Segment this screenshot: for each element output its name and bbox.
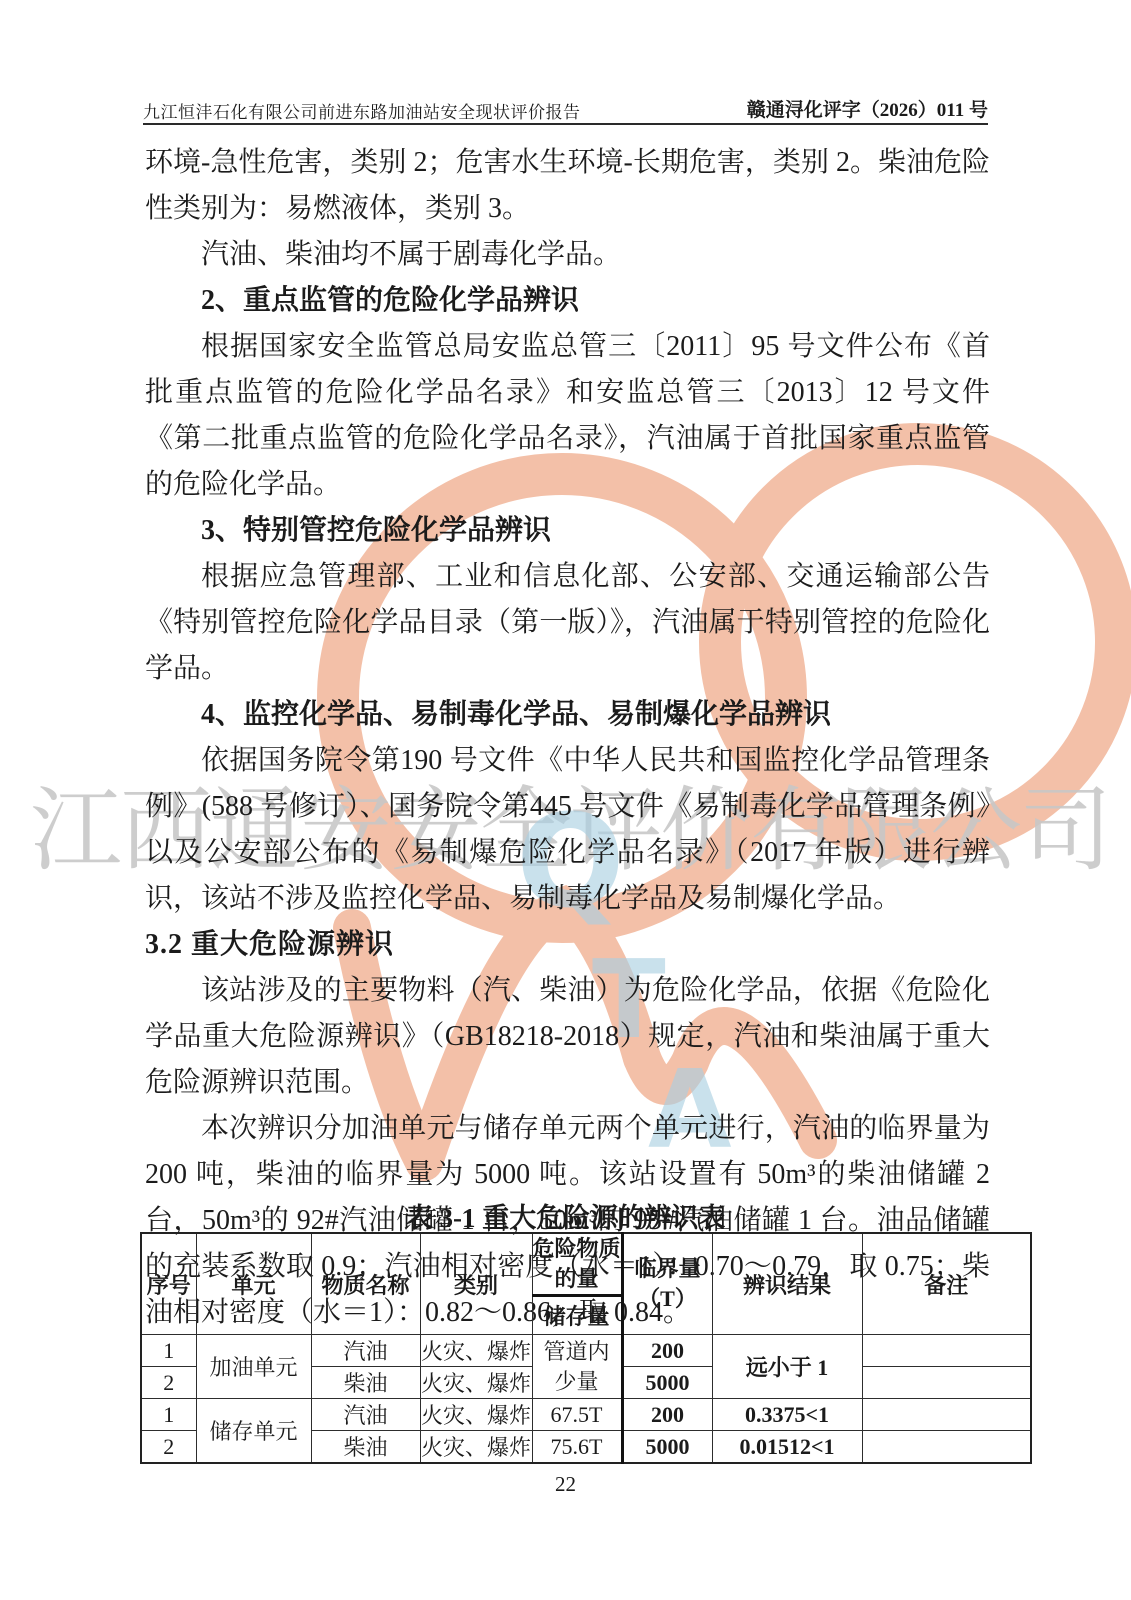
cell-storage-line1: 管道内	[533, 1337, 621, 1367]
page-number: 22	[0, 1472, 1131, 1497]
paragraph-monitored-chemicals: 依据国务院令第190 号文件《中华人民共和国监控化学品管理条例》(588 号修订…	[145, 738, 990, 922]
document-page: 江西通安安全评价有限公司 Q T A 九江恒沣石化有限公司前进东路加油站安全现状…	[0, 0, 1131, 1600]
col-header-result: 辨识结果	[712, 1233, 862, 1335]
col-header-critical-line2: （T）	[624, 1284, 712, 1314]
header-report-title: 九江恒沣石化有限公司前进东路加油站安全现状评价报告	[143, 98, 581, 123]
cell-remark	[862, 1399, 1031, 1431]
cell-material: 汽油	[311, 1335, 420, 1367]
section-heading-3-2: 3.2 重大危险源辨识	[145, 922, 990, 968]
body-text: 环境-急性危害，类别 2；危害水生环境-长期危害，类别 2。柴油危险性类别为：易…	[145, 140, 990, 1336]
col-header-unit: 单元	[196, 1233, 311, 1335]
col-header-storage-quantity: 储存量	[532, 1296, 622, 1335]
heading-monitored-chemicals: 4、监控化学品、易制毒化学品、易制爆化学品辨识	[145, 692, 990, 738]
cell-result-merged: 远小于 1	[712, 1335, 862, 1399]
table-caption: 表 3-1 重大危险源的辨识表	[0, 1196, 1131, 1235]
cell-remark	[862, 1367, 1031, 1399]
cell-critical: 5000	[622, 1367, 712, 1399]
cell-storage-pipeline: 管道内 少量	[532, 1335, 622, 1399]
cell-critical: 200	[622, 1335, 712, 1367]
paragraph-not-toxic: 汽油、柴油均不属于剧毒化学品。	[145, 232, 990, 278]
col-header-category: 类别	[420, 1233, 532, 1335]
col-header-critical-line1: 临界量	[624, 1254, 712, 1284]
cell-unit-refueling: 加油单元	[196, 1335, 311, 1399]
cell-result: 0.3375<1	[712, 1399, 862, 1431]
cell-material: 柴油	[311, 1367, 420, 1399]
heading-key-supervision: 2、重点监管的危险化学品辨识	[145, 278, 990, 324]
col-header-remark: 备注	[862, 1233, 1031, 1335]
cell-critical: 200	[622, 1399, 712, 1431]
cell-category: 火灾、爆炸	[420, 1431, 532, 1464]
cell-remark	[862, 1335, 1031, 1367]
cell-material: 柴油	[311, 1431, 420, 1464]
cell-unit-storage: 储存单元	[196, 1399, 311, 1464]
cell-seq: 2	[141, 1431, 196, 1464]
paragraph-major-hazard-scope: 该站涉及的主要物料（汽、柴油）为危险化学品，依据《危险化学品重大危险源辨识》（G…	[145, 968, 990, 1106]
header-document-number: 赣通浔化评字（2026）011 号	[747, 95, 988, 122]
cell-critical: 5000	[622, 1431, 712, 1464]
paragraph-hazard-classes: 环境-急性危害，类别 2；危害水生环境-长期危害，类别 2。柴油危险性类别为：易…	[145, 140, 990, 232]
cell-storage: 67.5T	[532, 1399, 622, 1431]
page-header: 九江恒沣石化有限公司前进东路加油站安全现状评价报告 赣通浔化评字（2026）01…	[143, 92, 988, 125]
paragraph-special-control: 根据应急管理部、工业和信息化部、公安部、交通运输部公告《特别管控危险化学品目录（…	[145, 554, 990, 692]
cell-material: 汽油	[311, 1399, 420, 1431]
cell-storage-line2: 少量	[533, 1367, 621, 1397]
cell-seq: 1	[141, 1399, 196, 1431]
cell-category: 火灾、爆炸	[420, 1335, 532, 1367]
cell-result: 0.01512<1	[712, 1431, 862, 1464]
cell-remark	[862, 1431, 1031, 1464]
col-header-hazard-quantity: 危险物质 的量	[532, 1233, 622, 1296]
col-header-hazard-quantity-line1: 危险物质	[533, 1234, 621, 1264]
major-hazard-identification-table: 序号 单元 物质名称 类别 危险物质 的量 临界量 （T） 辨识结果 备注 储存…	[140, 1232, 1032, 1464]
paragraph-key-supervision: 根据国家安全监管总局安监总管三〔2011〕95 号文件公布《首批重点监管的危险化…	[145, 324, 990, 508]
col-header-critical-quantity: 临界量 （T）	[622, 1233, 712, 1335]
heading-special-control: 3、特别管控危险化学品辨识	[145, 508, 990, 554]
col-header-material: 物质名称	[311, 1233, 420, 1335]
content-layer: 九江恒沣石化有限公司前进东路加油站安全现状评价报告 赣通浔化评字（2026）01…	[0, 0, 1131, 1600]
col-header-hazard-quantity-line2: 的量	[533, 1264, 621, 1294]
cell-category: 火灾、爆炸	[420, 1399, 532, 1431]
col-header-seq: 序号	[141, 1233, 196, 1335]
cell-storage: 75.6T	[532, 1431, 622, 1464]
cell-seq: 2	[141, 1367, 196, 1399]
cell-category: 火灾、爆炸	[420, 1367, 532, 1399]
cell-seq: 1	[141, 1335, 196, 1367]
